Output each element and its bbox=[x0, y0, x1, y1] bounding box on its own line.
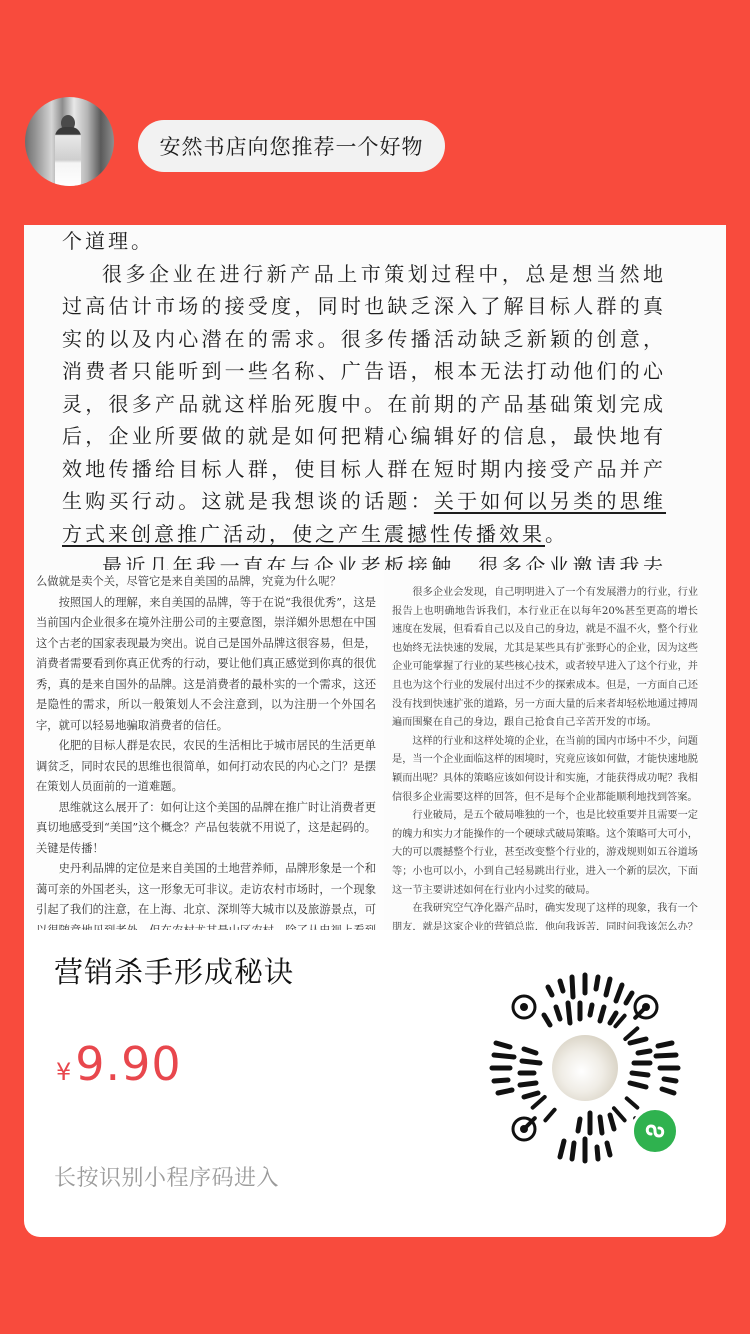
book-page-top: 个道理。 很多企业在进行新产品上市策划过程中，总是想当然地过高估计市场的接受度，… bbox=[24, 225, 726, 570]
product-title: 营销杀手形成秘诀 bbox=[54, 950, 294, 991]
book-page-bottom-right: 很多企业会发现，自己明明进入了一个有发展潜力的行业，行业报告上也明确地告诉我们，… bbox=[384, 570, 726, 930]
page-paragraph: 化肥的目标人群是农民，农民的生活相比于城市居民的生活更单调贫乏，同时农民的思维也… bbox=[36, 736, 376, 798]
recommend-text: 安然书店向您推荐一个好物 bbox=[160, 131, 424, 161]
book-page-bottom-left: 么做就是卖个关，尽管它是来自美国的品牌，究竟为什么呢？ 按照国人的理解，来自美国… bbox=[24, 570, 384, 930]
page-paragraph: 思维就这么展开了：如何让这个美国的品牌在推广时让消费者更真切地感受到“美国”这个… bbox=[36, 798, 376, 860]
page-paragraph: 按照国人的理解，来自美国的品牌，等于在说“我很优秀”，这是当前国内企业很多在境外… bbox=[36, 593, 376, 737]
price-amount: 9.90 bbox=[75, 1037, 181, 1091]
page-paragraph: 在我研究空气净化器产品时，确实发现了这样的现象，我有一个朋友，就是这家企业的营销… bbox=[392, 900, 698, 930]
page-paragraph: 史丹利品牌的定位是来自美国的土地营养师，品牌形象是一个和蔼可亲的外国老头，这一形… bbox=[36, 859, 376, 930]
scan-hint: 长按识别小程序码进入 bbox=[54, 1161, 279, 1192]
product-price: ¥ 9.90 bbox=[56, 1037, 182, 1091]
qr-center-image bbox=[552, 1035, 618, 1101]
page-paragraph: 很多企业在进行新产品上市策划过程中，总是想当然地过高估计市场的接受度，同时也缺乏… bbox=[62, 258, 666, 551]
avatar bbox=[25, 97, 114, 186]
avatar-figure-shape bbox=[55, 127, 81, 186]
page-paragraph: 这样的行业和这样处境的企业，在当前的国内市场中不少，问题是，当一个企业面临这样的… bbox=[392, 733, 698, 807]
product-cover-image: 个道理。 很多企业在进行新产品上市策划过程中，总是想当然地过高估计市场的接受度，… bbox=[24, 225, 726, 930]
page-paragraph: 很多企业会发现，自己明明进入了一个有发展潜力的行业，行业报告上也明确地告诉我们，… bbox=[392, 584, 698, 733]
page-paragraph: 么做就是卖个关，尽管它是来自美国的品牌，究竟为什么呢？ bbox=[36, 572, 376, 593]
page-paragraph: 行业破局，是五个破局唯独的一个，也是比较重要并且需要一定的魄力和实力才能操作的一… bbox=[392, 807, 698, 900]
mini-program-qr-code[interactable] bbox=[480, 963, 690, 1173]
mini-program-logo-icon bbox=[631, 1107, 679, 1155]
page-line: 个道理。 bbox=[62, 225, 666, 258]
product-card[interactable]: 个道理。 很多企业在进行新产品上市策划过程中，总是想当然地过高估计市场的接受度，… bbox=[24, 225, 726, 1237]
recommend-bubble: 安然书店向您推荐一个好物 bbox=[138, 120, 445, 172]
currency-symbol: ¥ bbox=[56, 1058, 71, 1086]
